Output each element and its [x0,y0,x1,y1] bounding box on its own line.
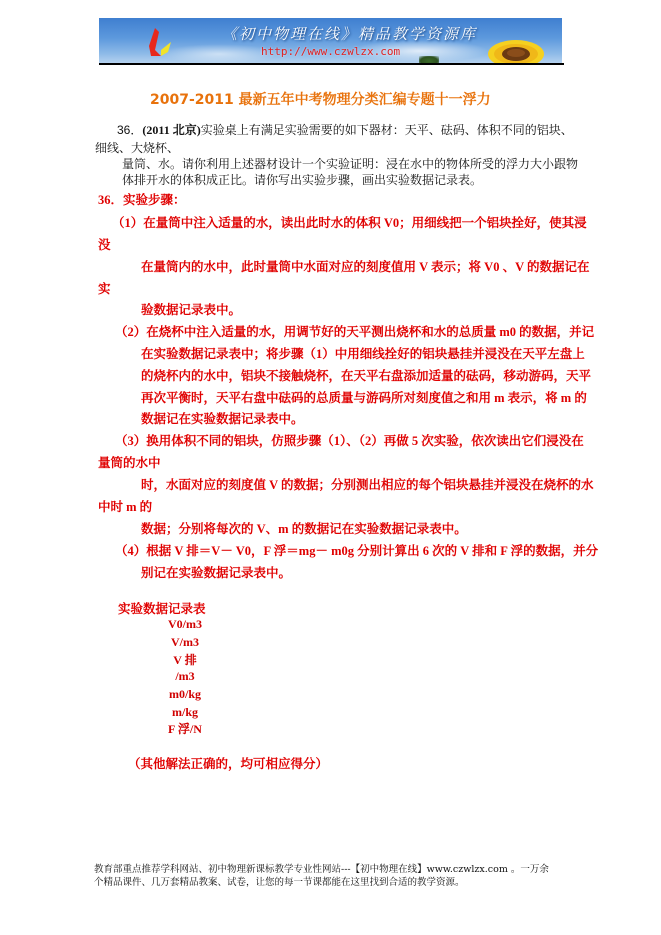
table-header: m0/kg [155,687,215,702]
answer-line: （4）根据 V 排＝V－ V0，F 浮＝mg－ m0g 分别计算出 6 次的 V… [115,541,598,559]
answer-line: 数据记在实验数据记录表中。 [141,409,304,427]
table-header: V 排 [155,651,215,668]
answer-line: （1）在量筒中注入适量的水，读出此时水的体积 V0；用细线把一个铝块拴好，使其浸 [112,213,587,231]
table-label: 实验数据记录表 [118,599,206,617]
banner-title: 《初中物理在线》精品教学资源库 [222,23,477,44]
footer-line: 教育部重点推荐学科网站、初中物理新课标教学专业性网站---【初中物理在线】www… [94,861,549,875]
answer-line: 再次平衡时，天平右盘中砝码的总质量与游码所对刻度值之和用 m 表示，将 m 的 [141,388,587,406]
answer-line: 没 [98,235,111,253]
table-header: V/m3 [155,635,215,650]
footer-line: 个精品课件、几万套精品教案、试卷，让您的每一节课都能在这里找到合适的教学资源。 [94,874,465,888]
leaf-decoration [419,56,439,63]
answer-line: 数据；分别将每次的 V、m 的数据记在实验数据记录表中。 [141,519,467,537]
answer-line: 实 [98,279,111,297]
question-first-line: 36．(2011 北京)实验桌上有满足实验需要的如下器材：天平、砝码、体积不同的… [117,121,573,138]
banner-divider [99,63,564,65]
question-line: 体排开水的体积成正比。请你写出实验步骤，画出实验数据记录表。 [122,171,482,188]
answer-heading: 36．实验步骤： [98,190,186,208]
czwlzx-logo-icon [141,26,181,60]
answer-line: （2）在烧杯中注入适量的水，用调节好的天平测出烧杯和水的总质量 m0 的数据，并… [115,322,594,340]
document-title: 2007-2011 最新五年中考物理分类汇编专题十一浮力 [150,89,530,109]
table-header: V0/m3 [155,617,215,632]
answer-line: 在实验数据记录表中；将步骤（1）中用细线拴好的铝块悬挂并浸没在天平左盘上 [141,344,585,362]
question-line: 量筒、水。请你利用上述器材设计一个实验证明：浸在水中的物体所受的浮力大小跟物 [122,155,578,172]
question-source: (2011 北京) [142,123,200,137]
table-header: /m3 [155,669,215,684]
answer-line: （3）换用体积不同的铝块，仿照步骤（1）、（2）再做 5 次实验，依次读出它们浸… [115,431,584,449]
answer-line: 在量筒内的水中，此时量筒中水面对应的刻度值用 V 表示；将 V0 、V 的数据记… [141,257,590,275]
site-banner: 《初中物理在线》精品教学资源库 http://www.czwlzx.com [99,18,562,63]
table-header: F 浮/N [155,720,215,737]
sunflower-icon [486,34,546,63]
question-number: 36． [117,123,142,137]
question-line: 细线、大烧杯、 [95,139,179,156]
banner-url: http://www.czwlzx.com [261,45,400,58]
answer-line: 验数据记录表中。 [141,300,241,318]
answer-line: 的烧杯内的水中，铝块不接触烧杯，在天平右盘添加适量的砝码，移动游码，天平 [141,366,591,384]
scoring-note: （其他解法正确的，均可相应得分） [128,754,328,772]
answer-line: 量筒的水中 [98,453,161,471]
answer-line: 别记在实验数据记录表中。 [141,563,291,581]
table-header: m/kg [155,705,215,720]
answer-line: 时，水面对应的刻度值 V 的数据；分别测出相应的每个铝块悬挂并浸没在烧杯的水 [141,475,594,493]
question-text: 实验桌上有满足实验需要的如下器材：天平、砝码、体积不同的铝块、 [201,123,573,137]
answer-line: 中时 m 的 [98,497,152,515]
